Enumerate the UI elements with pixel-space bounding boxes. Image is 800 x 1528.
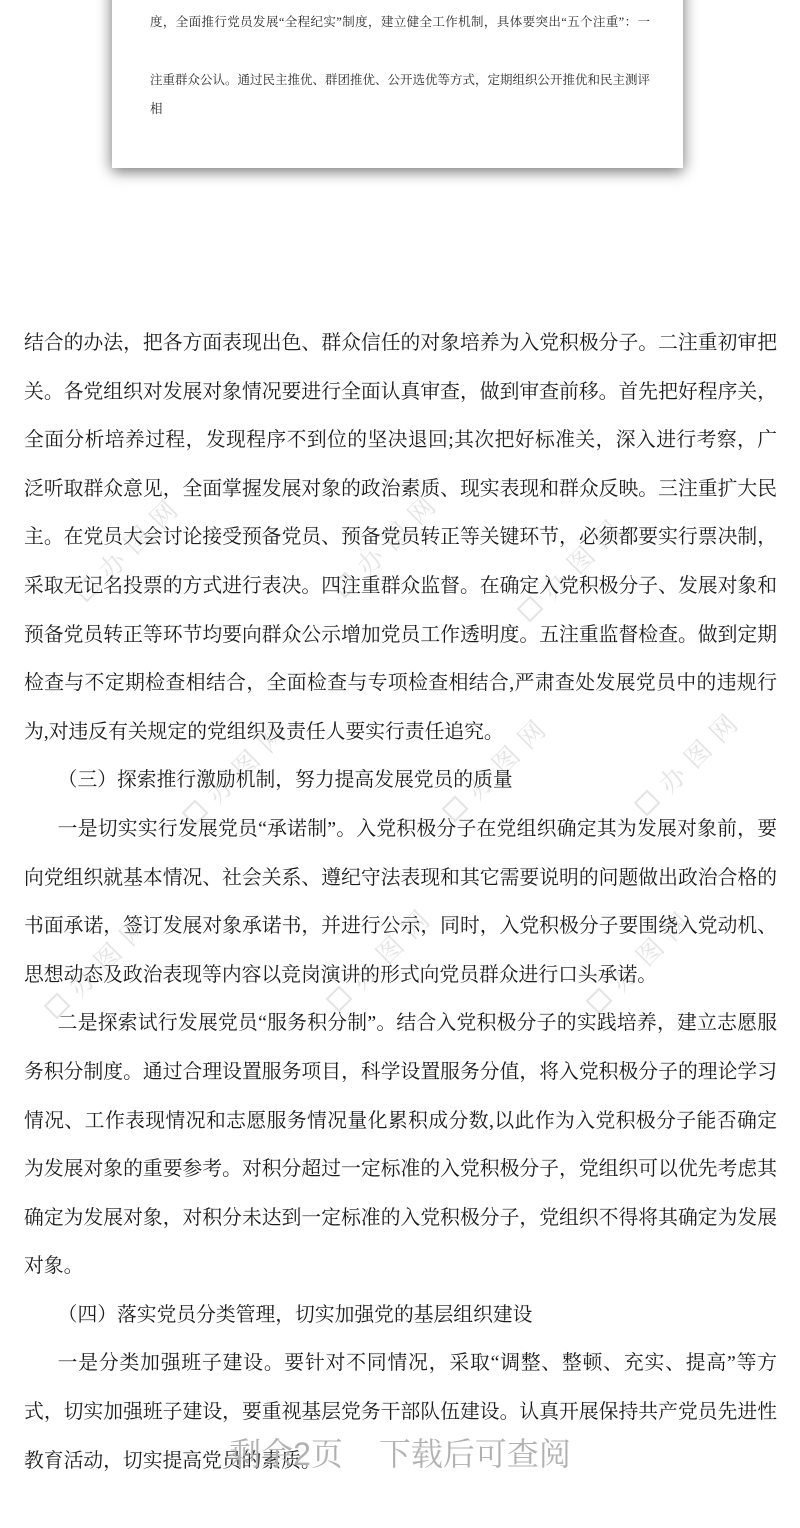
preview-text-line: 注重群众公认。通过民主推优、群团推优、公开选优等方式，定期组织公开推优和民主测评…	[150, 66, 650, 153]
document-body: 结合的办法，把各方面表现出色、群众信任的对象培养为入党积极分子。二注重初审把关。…	[24, 319, 777, 1485]
paragraph-heading-3: （三）探索推行激励机制，努力提高发展党员的质量	[24, 756, 777, 805]
previous-page-text: 度，全面推行党员发展“全程纪实”制度，建立健全工作机制，具体要突出“五个注重”：…	[150, 8, 650, 153]
preview-text-line: 度，全面推行党员发展“全程纪实”制度，建立健全工作机制，具体要突出“五个注重”：…	[150, 8, 650, 66]
previous-page-card: 度，全面推行党员发展“全程纪实”制度，建立健全工作机制，具体要突出“五个注重”：…	[112, 0, 683, 168]
remaining-pages-note: 剩余2页 下载后可查阅	[0, 1429, 800, 1475]
remaining-pages-count: 剩余2页	[229, 1429, 343, 1475]
download-to-view-hint: 下载后可查阅	[379, 1429, 571, 1475]
paragraph-continuation: 结合的办法，把各方面表现出色、群众信任的对象培养为入党积极分子。二注重初审把关。…	[24, 319, 777, 756]
document-preview-page: 办图网 办图网 办图网 办图网 办图网 办图网 办图网 办图网 办图网 度，全面…	[0, 0, 800, 1528]
paragraph: 二是探索试行发展党员“服务积分制”。结合入党积极分子的实践培养，建立志愿服务积分…	[24, 999, 777, 1291]
paragraph: 一是切实实行发展党员“承诺制”。入党积极分子在党组织确定其为发展对象前，要向党组…	[24, 805, 777, 999]
paragraph-heading-4: （四）落实党员分类管理，切实加强党的基层组织建设	[24, 1291, 777, 1340]
